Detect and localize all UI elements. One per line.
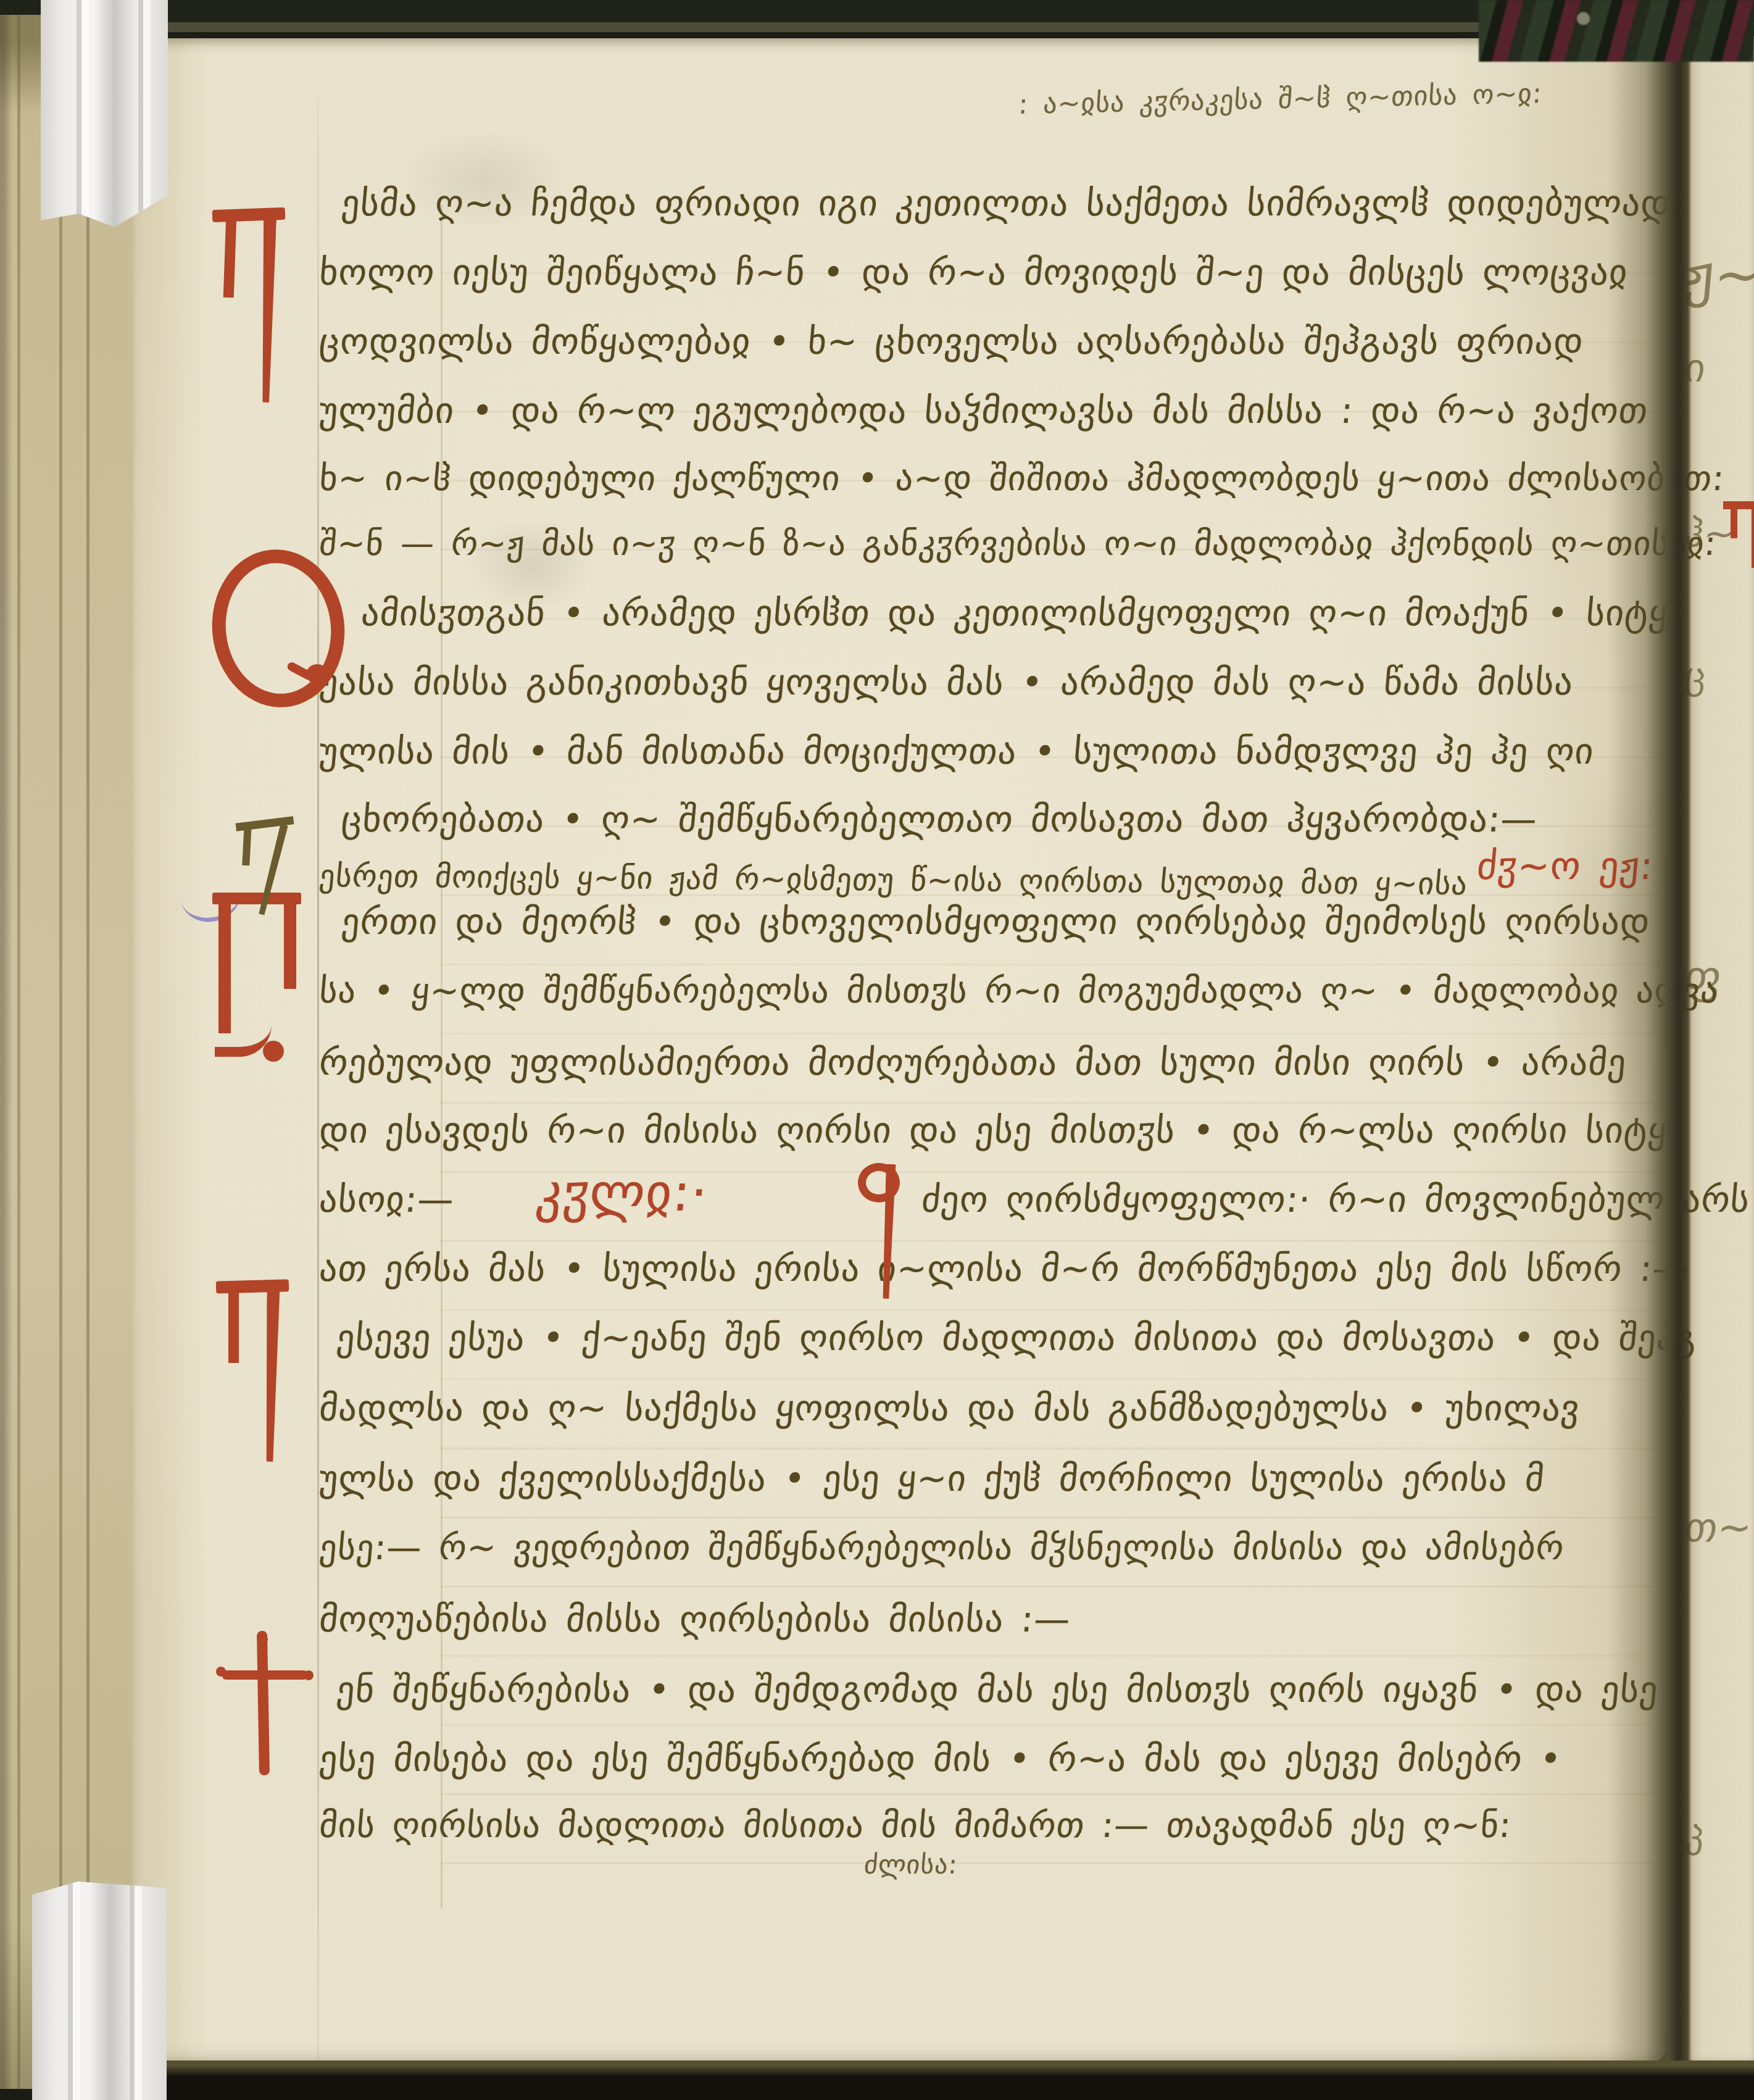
initial-pi-sm <box>238 820 291 921</box>
initial-stroke <box>204 543 352 714</box>
bookmark-tab-top <box>41 0 168 227</box>
body-line: ცხორებათა • ღ~ შემწყნარებელთაო მოსავთა მ… <box>340 801 1539 837</box>
body-line: ცოდვილსა მოწყალებაჲ • ხ~ ცხოველსა აღსარე… <box>318 323 1586 359</box>
initial-tsil <box>858 1162 915 1305</box>
initial-pi-lg <box>217 209 285 407</box>
body-line: მოღუაწებისა მისსა ღირსებისა მისისა :— <box>318 1601 1072 1637</box>
initial-stroke <box>258 824 288 916</box>
body-line: ათ ერსა მას • სულისა ერისა ი~ლისა მ~რ მო… <box>318 1251 1690 1286</box>
initial-stroke <box>216 1667 226 1677</box>
body-line: სა • ყ~ლდ შემწყნარებელსა მისთჳს რ~ი მოგუ… <box>318 974 1720 1009</box>
body-line: ამისჳთგან • არამედ ესრჱთ და კეთილისმყოფე… <box>360 595 1669 631</box>
body-line: ერთი და მეორჱ • და ცხოველისმყოფელი ღირსე… <box>340 904 1652 940</box>
body-line: უასა მისსა განიკითხავნ ყოველსა მას • არა… <box>318 664 1575 700</box>
body-line: ესმა ღ~ა ჩემდა ფრიადი იგი კეთილთა საქმეთ… <box>340 185 1685 221</box>
initial-stroke <box>242 825 251 866</box>
body-line: ულისა მის • მან მისთანა მოციქულთა • სული… <box>318 733 1595 769</box>
body-line: ასოჲ:— <box>318 1181 455 1217</box>
gutter-shadow <box>1608 37 1690 2068</box>
book-board-bottom-edge <box>111 2060 1754 2100</box>
initial-stroke <box>1731 506 1737 538</box>
running-title: : ა~ჲსა კჳრაკესა შ~ჱ ღ~თისა ო~ჲ: <box>1018 80 1543 119</box>
initial-stroke <box>1723 501 1754 509</box>
body-line: ესე მისება და ესე შემწყნარებად მის • რ~ა… <box>318 1741 1563 1777</box>
body-line: ხოლო იესუ შეიწყალა ჩ~ნ • და რ~ა მოვიდეს … <box>318 254 1629 290</box>
initial-stroke <box>228 1289 239 1363</box>
endband-textile <box>1479 0 1754 62</box>
initial-stroke <box>1752 506 1754 568</box>
body-line: ესევე ესუა • ქ~ეანე შენ ღირსო მადლითა მი… <box>335 1320 1698 1356</box>
body-line: ულსა და ქველისსაქმესა • ესე ყ~ი ქუჱ მორჩ… <box>318 1460 1546 1496</box>
body-line: შ~ნ — რ~ჟ მას ი~ჳ ღ~ნ ზ~ა განკჳრვებისა ო… <box>318 527 1718 560</box>
initial-pi-md <box>221 1280 289 1465</box>
body-line: მადლსა და ღ~ საქმესა ყოფილსა და მას განმ… <box>318 1390 1581 1426</box>
initial-stroke <box>264 1288 280 1462</box>
rubric-word: კჳლჲ:· <box>534 1167 710 1219</box>
body-line: ესრეთ მოიქცეს ყ~ნი ჟამ რ~ჲსმეთუ წ~ისა ღი… <box>318 860 1469 899</box>
body-line: ენ შეწყნარებისა • და შემდგომად მას ესე მ… <box>335 1672 1660 1707</box>
initial-u <box>212 542 345 735</box>
initial-stroke <box>218 896 231 1033</box>
body-line: ესე:— რ~ ვედრებით შემწყნარებელისა მჴსნელ… <box>318 1531 1566 1565</box>
body-line: ხ~ ი~ჱ დიდებული ქალწული • ა~დ შიშითა ჰმა… <box>318 462 1726 496</box>
initial-stroke <box>223 217 237 298</box>
bookmark-tab-bottom <box>32 1881 167 2100</box>
manuscript-photo-scene: : ა~ჲსა კჳრაკესა შ~ჱ ღ~თისა ო~ჲ:ესმა ღ~ა… <box>0 0 1754 2100</box>
initial-cross <box>218 1631 312 1780</box>
initial-pi-next <box>1726 501 1754 570</box>
initial-stroke <box>257 1631 270 1775</box>
body-line: რებულად უფლისამიერთა მოძღურებათა მათ სულ… <box>318 1044 1628 1080</box>
initial-stroke <box>222 1670 307 1680</box>
body-line: ულუმბი • და რ~ლ ეგულებოდა საჴმილავსა მას… <box>318 393 1650 428</box>
catchword: ძლისა: <box>863 1852 958 1878</box>
body-line: დი ესავდეს რ~ი მისისა ღირსი და ესე მისთჳ… <box>318 1112 1669 1148</box>
body-line: მის ღირსისა მადლითა მისითა მის მიმართ :—… <box>318 1809 1513 1843</box>
initial-stroke <box>260 216 276 402</box>
